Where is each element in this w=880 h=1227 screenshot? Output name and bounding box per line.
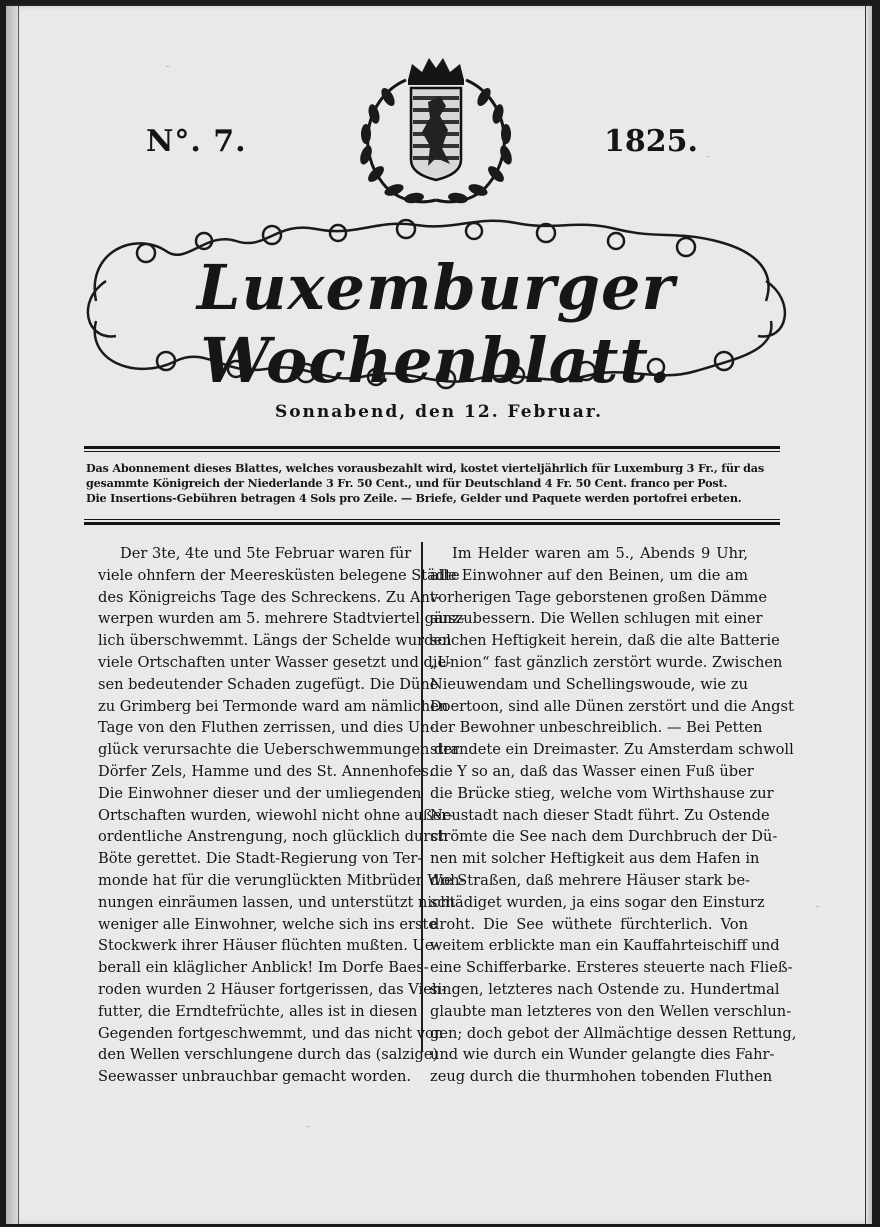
scanned-page-background: N°. 7. 1825. [0, 0, 880, 1227]
article-line: zu Grimberg bei Termonde ward am nämlich… [98, 696, 410, 718]
article-line: und wie durch ein Wunder gelangte dies F… [430, 1044, 748, 1066]
paper-speck [816, 906, 819, 907]
crowned-coat-of-arms-with-laurel-wreath-icon [336, 52, 536, 212]
article-line: Im Helder waren am 5., Abends 9 Uhr, [430, 543, 748, 565]
article-line: des Königreichs Tage des Schreckens. Zu … [98, 587, 410, 609]
top-double-rule [84, 446, 780, 449]
newspaper-page: N°. 7. 1825. [6, 4, 872, 1224]
article-line: lich überschwemmt. Längs der Schelde wur… [98, 630, 410, 652]
bottom-double-rule-thin [84, 519, 780, 520]
article-line: glück verursachte die Ueberschwemmungen … [98, 739, 410, 761]
article-line: Stockwerk ihrer Häuser flüchten mußten. … [98, 935, 410, 957]
article-line: Dörfer Zels, Hamme und des St. Annenhofe… [98, 761, 410, 783]
paper-speck [706, 156, 709, 157]
article-line: Die Einwohner dieser und der umliegenden [98, 783, 410, 805]
article-line: „Union“ fast gänzlich zerstört wurde. Zw… [430, 652, 748, 674]
article-line: Der 3te, 4te und 5te Februar waren für [98, 543, 410, 565]
paper-speck [306, 1126, 309, 1127]
article-line: auszubessern. Die Wellen schlugen mit ei… [430, 608, 748, 630]
issue-date: Sonnabend, den 12. Februar. [6, 402, 872, 422]
notice-line: gesammte Königreich der Niederlande 3 Fr… [86, 476, 780, 491]
article-line: Tage von den Fluthen zerrissen, und dies… [98, 717, 410, 739]
article-line: droht. Die See wüthete fürchterlich. Von [430, 914, 748, 936]
issue-number: N°. 7. [146, 124, 247, 159]
bottom-double-rule [84, 522, 780, 525]
notice-line: Die Insertions-Gebühren betragen 4 Sols … [86, 491, 780, 506]
article-line: Doertoon, sind alle Dünen zerstört und d… [430, 696, 748, 718]
article-line: viele Ortschaften unter Wasser gesetzt u… [98, 652, 410, 674]
article-line: Ortschaften wurden, wiewohl nicht ohne a… [98, 805, 410, 827]
article-line: weitem erblickte man ein Kauffahrteischi… [430, 935, 748, 957]
article-line: schädiget wurden, ja eins sogar den Eins… [430, 892, 748, 914]
article-left-column: Der 3te, 4te und 5te Februar waren für v… [98, 543, 410, 1088]
article-line: nen mit solcher Heftigkeit aus dem Hafen… [430, 848, 748, 870]
page-binding-gutter [6, 6, 19, 1224]
column-divider [421, 542, 423, 1052]
article-line: sen bedeutender Schaden zugefügt. Die Dü… [98, 674, 410, 696]
issue-year: 1825. [604, 124, 698, 159]
article-line: strömte die See nach dem Durchbruch der … [430, 826, 748, 848]
subscription-notice: Das Abonnement dieses Blattes, welches v… [86, 461, 780, 506]
article-line: berall ein kläglicher Anblick! Im Dorfe … [98, 957, 410, 979]
article-line: Böte gerettet. Die Stadt-Regierung von T… [98, 848, 410, 870]
article-line: die Y so an, daß das Wasser einen Fuß üb… [430, 761, 748, 783]
article-line: weniger alle Einwohner, welche sich ins … [98, 914, 410, 936]
article-line: roden wurden 2 Häuser fortgerissen, das … [98, 979, 410, 1001]
article-line: viele ohnfern der Meeresküsten belegene … [98, 565, 410, 587]
article-line: Seewasser unbrauchbar gemacht worden. [98, 1066, 410, 1088]
article-line: solchen Heftigkeit herein, daß die alte … [430, 630, 748, 652]
article-line: werpen wurden am 5. mehrere Stadtviertel… [98, 608, 410, 630]
article-line: den Wellen verschlungene durch das (salz… [98, 1044, 410, 1066]
article-right-column: Im Helder waren am 5., Abends 9 Uhr, all… [430, 543, 748, 1088]
article-line: die Brücke stieg, welche vom Wirthshause… [430, 783, 748, 805]
article-line: Nieuwendam und Schellingswoude, wie zu [430, 674, 748, 696]
top-double-rule-thin [84, 451, 780, 452]
page-right-edge [865, 6, 872, 1224]
article-line: strandete ein Dreimaster. Zu Amsterdam s… [430, 739, 748, 761]
masthead-flourish-ornament [76, 211, 796, 391]
article-line: monde hat für die verunglückten Mitbrüde… [98, 870, 410, 892]
paper-speck [166, 66, 169, 67]
article-line: die Straßen, daß mehrere Häuser stark be… [430, 870, 748, 892]
article-line: gen; doch gebot der Allmächtige dessen R… [430, 1023, 748, 1045]
article-line: vorherigen Tage geborstenen großen Dämme [430, 587, 748, 609]
article-line: glaubte man letzteres von den Wellen ver… [430, 1001, 748, 1023]
article-line: futter, die Erndtefrüchte, alles ist in … [98, 1001, 410, 1023]
article-line: eine Schifferbarke. Ersteres steuerte na… [430, 957, 748, 979]
article-line: singen, letzteres nach Ostende zu. Hunde… [430, 979, 748, 1001]
notice-line: Das Abonnement dieses Blattes, welches v… [86, 461, 780, 476]
article-line: ordentliche Anstrengung, noch glücklich … [98, 826, 410, 848]
article-line: zeug durch die thurmhohen tobenden Fluth… [430, 1066, 748, 1088]
article-line: alle Einwohner auf den Beinen, um die am [430, 565, 748, 587]
article-line: der Bewohner unbeschreiblich. — Bei Pett… [430, 717, 748, 739]
article-line: Gegenden fortgeschwemmt, und das nicht v… [98, 1023, 410, 1045]
article-line: nungen einräumen lassen, und unterstützt… [98, 892, 410, 914]
article-line: Neustadt nach dieser Stadt führt. Zu Ost… [430, 805, 748, 827]
